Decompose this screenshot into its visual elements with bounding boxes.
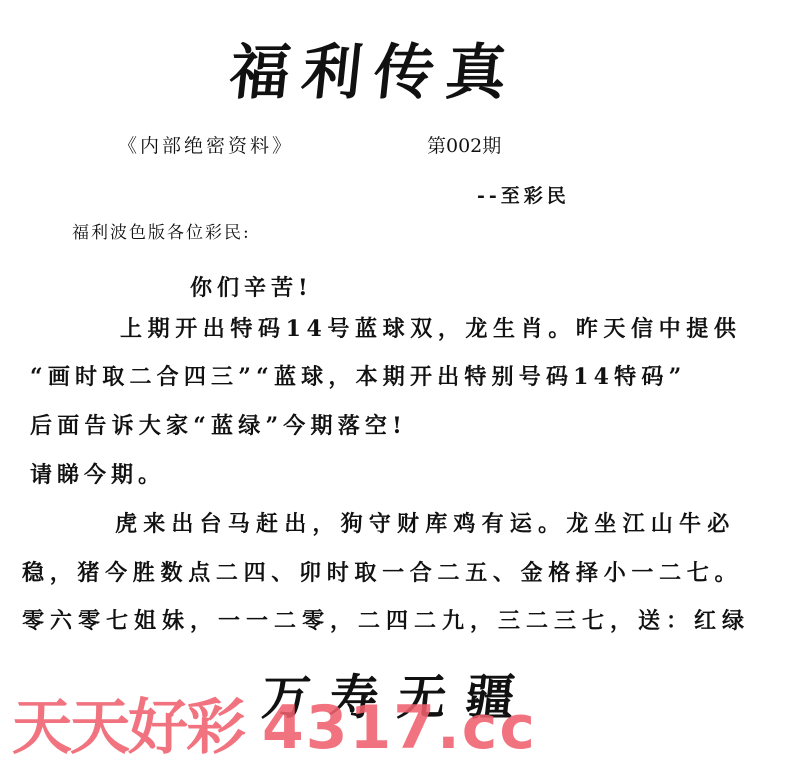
body-line: 零六零七姐妹，一一二零，二四二九，三二三七，送：红绿	[22, 604, 750, 638]
fax-document-page: 福利传真 《内部绝密资料》 第002期 --至彩民 福利波色版各位彩民: 你们辛…	[0, 0, 785, 772]
document-subtitle: 《内部绝密资料》	[118, 133, 294, 159]
salutation: 福利波色版各位彩民:	[72, 220, 251, 246]
watermark-domain: 4317.cc	[262, 693, 537, 763]
body-line: 请睇今期。	[30, 458, 165, 492]
body-line: 虎来出台马赶出，狗守财库鸡有运。龙坐江山牛必	[115, 507, 735, 541]
body-line: 稳，猪今胜数点二四、卯时取一合二五、金格择小一二七。	[22, 556, 742, 590]
signature: --至彩民	[477, 183, 570, 209]
watermark: 天天好彩4317.cc	[12, 690, 537, 766]
issue-number: 第002期	[427, 133, 501, 159]
body-line: 上期开出特码14号蓝球双，龙生肖。昨天信中提供	[120, 312, 741, 346]
body-line: 后面告诉大家“蓝绿”今期落空!	[30, 409, 407, 443]
document-title: 福利传真	[226, 38, 523, 108]
body-line-greeting: 你们辛苦!	[190, 271, 313, 305]
body-line: “画时取二合四三”“蓝球，本期开出特别号码14特码”	[30, 360, 686, 394]
watermark-brand: 天天好彩	[12, 693, 244, 763]
